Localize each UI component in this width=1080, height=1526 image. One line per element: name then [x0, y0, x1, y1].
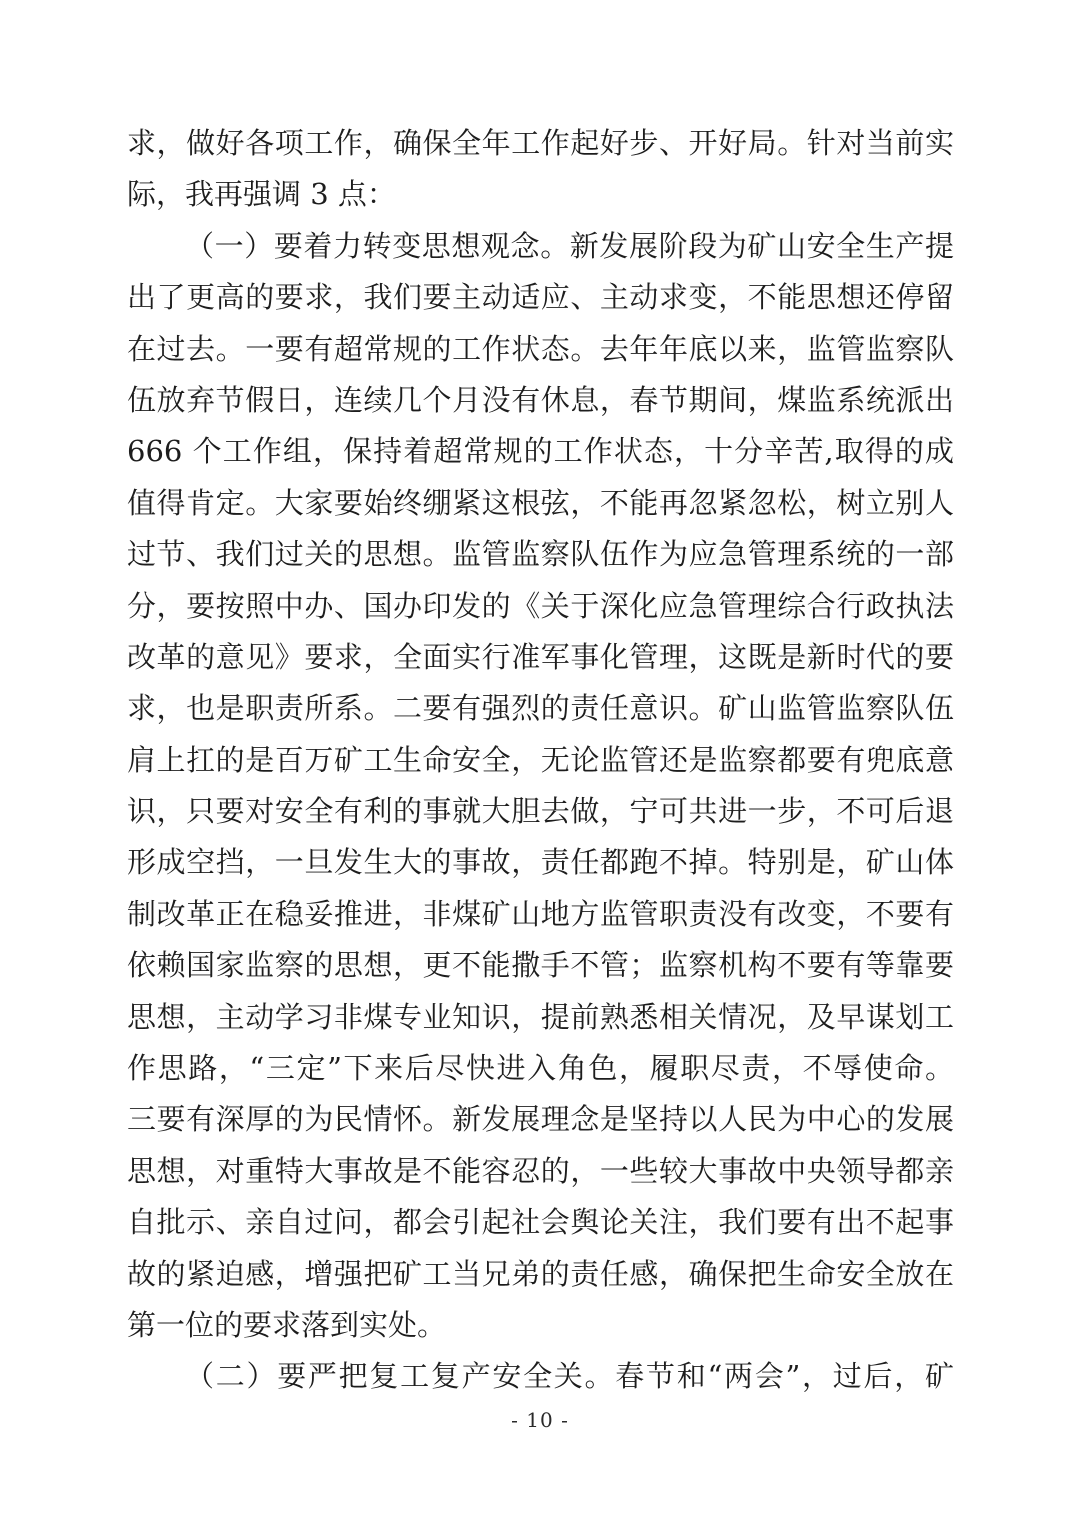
text-line: 第一位的要求落到实处。	[127, 1300, 954, 1351]
text-line: 肩上扛的是百万矿工生命安全，无论监管还是监察都要有兜底意	[127, 735, 954, 786]
text-line: 依赖国家监察的思想，更不能撒手不管；监察机构不要有等靠要	[127, 940, 954, 991]
text-line: 出了更高的要求，我们要主动适应、主动求变，不能思想还停留	[127, 272, 954, 323]
text-line: 自批示、亲自过问，都会引起社会舆论关注，我们要有出不起事	[127, 1197, 954, 1248]
text-line: 际，我再强调 3 点：	[127, 169, 954, 220]
text-line: 作思路，“三定”下来后尽快进入角色，履职尽责，不辱使命。	[127, 1043, 954, 1094]
text-line: 求，做好各项工作，确保全年工作起好步、开好局。针对当前实	[127, 118, 954, 169]
text-line: 值得肯定。大家要始终绷紧这根弦，不能再忽紧忽松，树立别人	[127, 478, 954, 529]
document-body: 求，做好各项工作，确保全年工作起好步、开好局。针对当前实 际，我再强调 3 点：…	[127, 118, 954, 1403]
text-line: 思想，对重特大事故是不能容忍的，一些较大事故中央领导都亲	[127, 1146, 954, 1197]
text-line: （一）要着力转变思想观念。新发展阶段为矿山安全生产提	[127, 221, 954, 272]
page-number: - 10 -	[511, 1408, 569, 1432]
text-line: 三要有深厚的为民情怀。新发展理念是坚持以人民为中心的发展	[127, 1094, 954, 1145]
text-line: （二）要严把复工复产安全关。春节和“两会”，过后，矿	[127, 1351, 954, 1402]
page-footer: - 10 -	[0, 1408, 1080, 1432]
text-line: 形成空挡，一旦发生大的事故，责任都跑不掉。特别是，矿山体	[127, 837, 954, 888]
text-line: 制改革正在稳妥推进，非煤矿山地方监管职责没有改变，不要有	[127, 889, 954, 940]
document-page: 求，做好各项工作，确保全年工作起好步、开好局。针对当前实 际，我再强调 3 点：…	[0, 0, 1080, 1526]
text-line: 分，要按照中办、国办印发的《关于深化应急管理综合行政执法	[127, 581, 954, 632]
text-line: 故的紧迫感，增强把矿工当兄弟的责任感，确保把生命安全放在	[127, 1249, 954, 1300]
text-line: 思想，主动学习非煤专业知识，提前熟悉相关情况，及早谋划工	[127, 992, 954, 1043]
text-line: 识，只要对安全有利的事就大胆去做，宁可共进一步，不可后退	[127, 786, 954, 837]
text-line: 666 个工作组，保持着超常规的工作状态，十分辛苦,取得的成效	[127, 426, 954, 477]
text-line: 伍放弃节假日，连续几个月没有休息，春节期间，煤监系统派出	[127, 375, 954, 426]
text-line: 改革的意见》要求，全面实行准军事化管理，这既是新时代的要	[127, 632, 954, 683]
text-line: 在过去。一要有超常规的工作状态。去年年底以来，监管监察队	[127, 324, 954, 375]
text-line: 过节、我们过关的思想。监管监察队伍作为应急管理系统的一部	[127, 529, 954, 580]
text-line: 求，也是职责所系。二要有强烈的责任意识。矿山监管监察队伍	[127, 683, 954, 734]
